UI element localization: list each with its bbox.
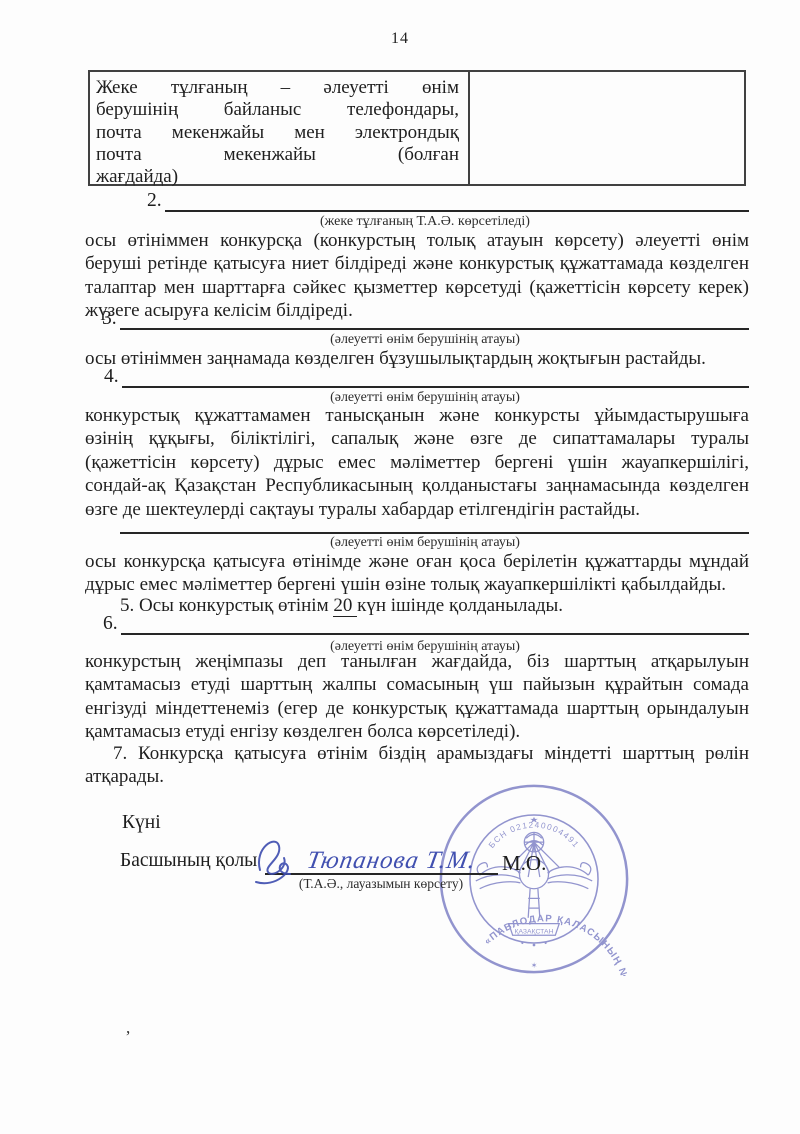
paragraph-item7: 7. Конкурсқа қатысуға өтінім біздің арам… bbox=[85, 742, 749, 789]
table-cell-empty bbox=[470, 72, 744, 184]
item-number: 3. bbox=[102, 308, 120, 330]
fill-in-caption: (әлеуетті өнім берушінің атауы) bbox=[100, 332, 750, 348]
fill-in-row-6: 6. bbox=[85, 613, 749, 635]
fill-in-row-3: 3. bbox=[85, 308, 749, 330]
date-label: Күні bbox=[122, 812, 161, 834]
paragraph-item6: конкурстың жеңімпазы деп танылған жағдай… bbox=[85, 650, 749, 744]
item-number: 4. bbox=[104, 366, 122, 388]
paragraph-blank: осы конкурсқа қатысуға өтінімде және оға… bbox=[85, 550, 749, 597]
table-line: почта мекенжайы мен электрондық bbox=[96, 122, 459, 144]
fill-in-line bbox=[120, 306, 749, 330]
stamp-ring-text: «ПАВЛОДАР ҚАЛАСЫНЫҢ № 20 ЛИЦЕЙ-МЕКТЕБІ» … bbox=[456, 913, 631, 976]
paragraph-item4: конкурстық құжаттамамен танысқанын және … bbox=[85, 404, 749, 521]
item-number: 6. bbox=[103, 613, 121, 635]
table-line: Жеке тұлғаның – әлеуетті өнім bbox=[96, 77, 459, 99]
fill-in-row-blank bbox=[85, 512, 749, 534]
svg-text:«ПАВЛОДАР ҚАЛАСЫНЫҢ № 20 ЛИЦЕЙ: «ПАВЛОДАР ҚАЛАСЫНЫҢ № 20 ЛИЦЕЙ-МЕКТЕБІ» … bbox=[456, 913, 631, 976]
fill-in-line bbox=[121, 611, 749, 635]
table-line: почта мекенжайы (болған bbox=[96, 144, 459, 166]
stamp-separator-star: ✶ bbox=[531, 961, 538, 970]
table-line: жағдайда) bbox=[96, 166, 459, 188]
table-line: берушінің байланыс телефондары, bbox=[96, 99, 459, 121]
fill-in-row-4: 4. bbox=[85, 366, 749, 388]
fill-in-line bbox=[122, 364, 749, 388]
item-number: 2. bbox=[147, 190, 165, 212]
stray-ink-mark: , bbox=[126, 1018, 130, 1038]
handwritten-signature: Тюпанова Т.М. bbox=[250, 830, 512, 888]
document-page: 14 Жеке тұлғаның – әлеуетті өнім берушін… bbox=[0, 0, 800, 1134]
page-number: 14 bbox=[0, 30, 800, 48]
stamp-center-text: ҚАЗАҚСТАН bbox=[515, 928, 554, 935]
contact-info-table: Жеке тұлғаның – әлеуетті өнім берушінің … bbox=[88, 70, 746, 186]
fill-in-line bbox=[165, 188, 749, 212]
table-cell-label: Жеке тұлғаның – әлеуетті өнім берушінің … bbox=[90, 72, 470, 184]
fill-in-line bbox=[120, 510, 749, 534]
fill-in-caption: (жеке тұлғаның Т.А.Ә. көрсетіледі) bbox=[100, 214, 750, 230]
signature-script-text: Тюпанова Т.М. bbox=[305, 847, 478, 874]
fill-in-row-2: 2. bbox=[85, 190, 749, 212]
signature-label: Басшының қолы bbox=[120, 850, 257, 872]
fill-in-caption: (әлеуетті өнім берушінің атауы) bbox=[100, 535, 750, 551]
